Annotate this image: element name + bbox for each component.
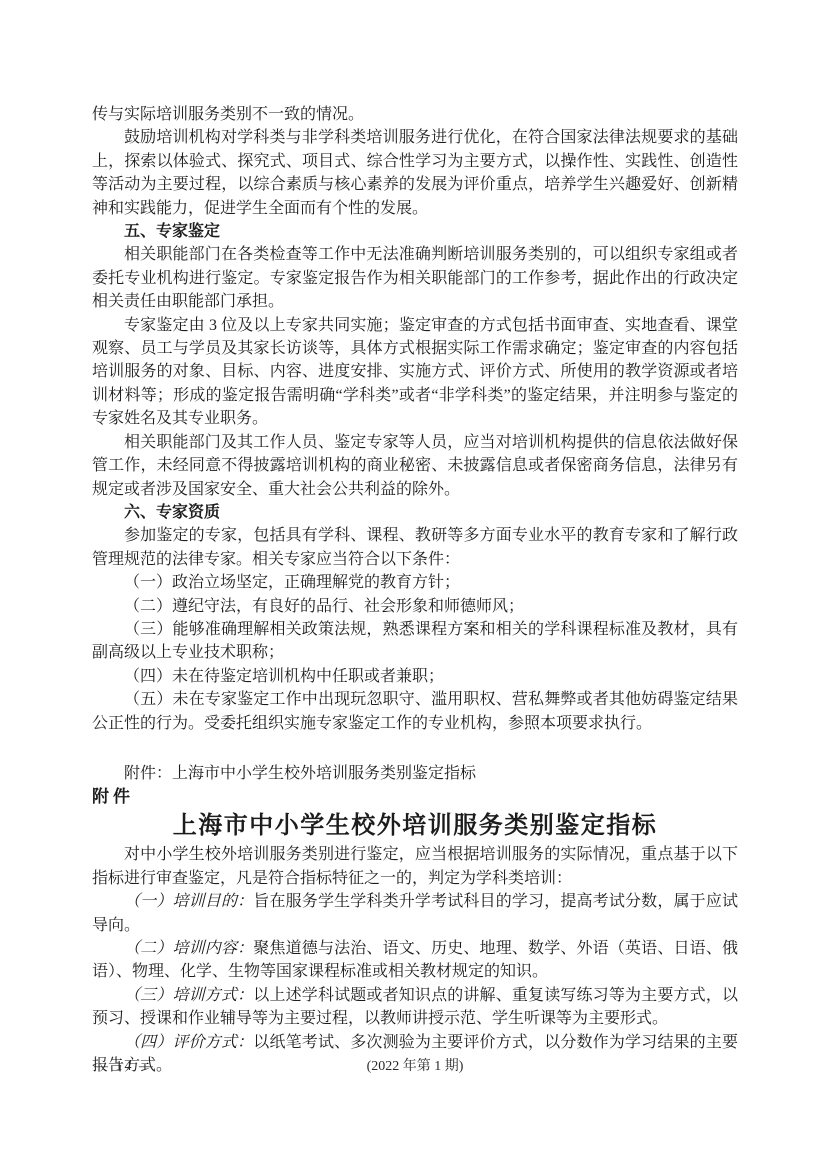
page-number: — 14 —	[94, 1057, 155, 1077]
appendix-label: 附件	[92, 785, 738, 809]
list-item: （五）未在专家鉴定工作中出现玩忽职守、滥用职权、营私舞弊或者其他妨碍鉴定结果公正…	[92, 688, 738, 735]
list-item: （四）未在待鉴定培训机构中任职或者兼职；	[92, 665, 738, 688]
paragraph: 相关职能部门在各类检查等工作中无法准确判断培训服务类别的，可以组织专家组或者委托…	[92, 243, 738, 313]
appendix-item-label: （四）评价方式：	[124, 1034, 253, 1051]
appendix-item-label: （二）培训内容：	[124, 940, 253, 957]
list-item: （三）能够准确理解相关政策法规，熟悉课程方案和相关的学科课程标准及教材，具有副高…	[92, 618, 738, 665]
appendix-item-label: （三）培训方式：	[124, 987, 253, 1004]
appendix-item: （二）培训内容：聚焦道德与法治、语文、历史、地理、数学、外语（英语、日语、俄语）…	[92, 937, 738, 984]
list-item: （二）遵纪守法，有良好的品行、社会形象和师德师风；	[92, 595, 738, 618]
paragraph: 对中小学生校外培训服务类别进行鉴定，应当根据培训服务的实际情况，重点基于以下指标…	[92, 843, 738, 890]
section-heading-6: 六、专家资质	[92, 501, 738, 524]
attachment-reference: 附件：上海市中小学生校外培训服务类别鉴定指标	[92, 762, 738, 785]
page-footer: — 14 — (2022 年第 1 期)	[92, 1057, 738, 1077]
paragraph: 鼓励培训机构对学科类与非学科类培训服务进行优化，在符合国家法律法规要求的基础上，…	[92, 126, 738, 220]
appendix-item: （三）培训方式：以上述学科试题或者知识点的讲解、重复读写练习等为主要方式，以预习…	[92, 984, 738, 1031]
paragraph-continuation: 传与实际培训服务类别不一致的情况。	[92, 103, 738, 126]
appendix-title: 上海市中小学生校外培训服务类别鉴定指标	[92, 809, 738, 843]
issue-label: (2022 年第 1 期)	[92, 1057, 738, 1077]
paragraph: 相关职能部门及其工作人员、鉴定专家等人员，应当对培训机构提供的信息依法做好保管工…	[92, 431, 738, 501]
document-page: 传与实际培训服务类别不一致的情况。 鼓励培训机构对学科类与非学科类培训服务进行优…	[0, 0, 827, 1170]
section-heading-5: 五、专家鉴定	[92, 220, 738, 243]
appendix-item: （一）培训目的：旨在服务学生学科类升学考试科目的学习，提高考试分数，属于应试导向…	[92, 890, 738, 937]
paragraph: 参加鉴定的专家，包括具有学科、课程、教研等多方面专业水平的教育专家和了解行政管理…	[92, 524, 738, 571]
list-item: （一）政治立场坚定，正确理解党的教育方针；	[92, 571, 738, 594]
document-content: 传与实际培训服务类别不一致的情况。 鼓励培训机构对学科类与非学科类培训服务进行优…	[92, 103, 738, 1077]
paragraph: 专家鉴定由 3 位及以上专家共同实施；鉴定审查的方式包括书面审查、实地查看、课堂…	[92, 314, 738, 431]
appendix-item-label: （一）培训目的：	[124, 893, 253, 910]
